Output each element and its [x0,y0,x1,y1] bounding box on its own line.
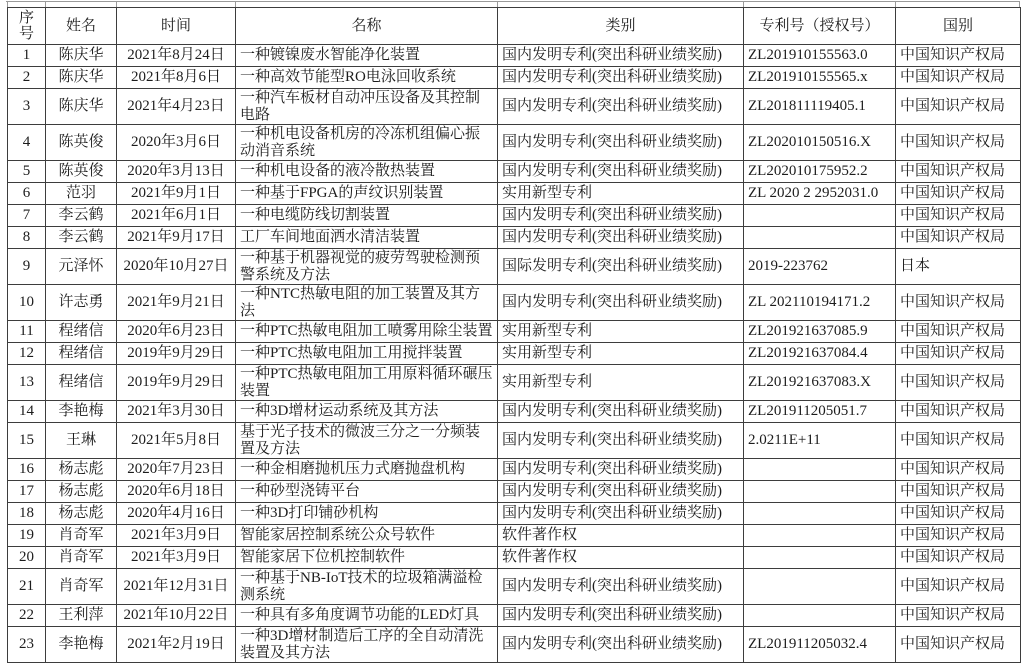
table-row: 2陈庆华2021年8月6日一种高效节能型RO电泳回收系统国内发明专利(突出科研业… [8,67,1021,89]
cell-title: 一种3D增材运动系统及其方法 [236,401,498,423]
cell-date: 2019年9月29日 [117,365,236,401]
cell-patent-number: ZL201911205032.4 [744,627,896,663]
cell-category: 国内发明专利(突出科研业绩奖励) [498,227,744,249]
cell-name: 陈庆华 [46,45,117,67]
cell-patent-number: ZL201910155563.0 [744,45,896,67]
cell-patent-number [744,569,896,605]
table-row: 19肖奇军2021年3月9日智能家居控制系统公众号软件软件著作权中国知识产权局 [8,525,1021,547]
cell-country: 日本 [896,249,1021,285]
cell-serial: 23 [8,627,46,663]
cell-country: 中国知识产权局 [896,503,1021,525]
table-row: 1陈庆华2021年8月24日一种镀镍废水智能净化装置国内发明专利(突出科研业绩奖… [8,45,1021,67]
cell-category: 国内发明专利(突出科研业绩奖励) [498,605,744,627]
cell-date: 2021年12月31日 [117,569,236,605]
table-row: 8李云鹤2021年9月17日工厂车间地面洒水清洁装置国内发明专利(突出科研业绩奖… [8,227,1021,249]
cell-patent-number: ZL202010150516.X [744,125,896,161]
cell-category: 国内发明专利(突出科研业绩奖励) [498,285,744,321]
cell-serial: 9 [8,249,46,285]
cell-patent-number: ZL201921637084.4 [744,343,896,365]
cell-category: 国内发明专利(突出科研业绩奖励) [498,401,744,423]
cell-country: 中国知识产权局 [896,525,1021,547]
cell-serial: 13 [8,365,46,401]
header-name: 姓名 [46,8,117,45]
cell-date: 2021年3月9日 [117,525,236,547]
table-row: 17杨志彪2020年6月18日一种砂型浇铸平台国内发明专利(突出科研业绩奖励)中… [8,481,1021,503]
cell-patent-number: ZL201921637085.9 [744,321,896,343]
cell-patent-number: ZL201910155565.x [744,67,896,89]
cell-patent-number [744,547,896,569]
cell-name: 许志勇 [46,285,117,321]
table-row: 18杨志彪2020年4月16日一种3D打印铺砂机构国内发明专利(突出科研业绩奖励… [8,503,1021,525]
cell-serial: 15 [8,423,46,459]
cell-country: 中国知识产权局 [896,161,1021,183]
cell-country: 中国知识产权局 [896,67,1021,89]
cell-title: 一种机电设备的液冷散热装置 [236,161,498,183]
cell-serial: 7 [8,205,46,227]
cell-country: 中国知识产权局 [896,227,1021,249]
cell-category: 国内发明专利(突出科研业绩奖励) [498,89,744,125]
cell-patent-number [744,205,896,227]
cell-serial: 6 [8,183,46,205]
table-row: 6范羽2021年9月1日一种基于FPGA的声纹识别装置实用新型专利ZL 2020… [8,183,1021,205]
table-row: 15王琳2021年5月8日基于光子技术的微波三分之一分频装置及方法国内发明专利(… [8,423,1021,459]
cell-serial: 21 [8,569,46,605]
cell-serial: 17 [8,481,46,503]
cell-name: 程绪信 [46,321,117,343]
patent-table: 序号 姓名 时间 名称 类别 专利号（授权号） 国别 1陈庆华2021年8月24… [7,7,1021,663]
cell-date: 2020年7月23日 [117,459,236,481]
cell-country: 中国知识产权局 [896,605,1021,627]
cell-title: 一种电缆防线切割装置 [236,205,498,227]
cell-patent-number [744,459,896,481]
header-title: 名称 [236,8,498,45]
cell-name: 杨志彪 [46,459,117,481]
cell-category: 国内发明专利(突出科研业绩奖励) [498,161,744,183]
cell-serial: 3 [8,89,46,125]
cell-name: 肖奇军 [46,569,117,605]
table-row: 11程绪信2020年6月23日一种PTC热敏电阻加工喷雾用除尘装置实用新型专利Z… [8,321,1021,343]
cell-country: 中国知识产权局 [896,285,1021,321]
cell-date: 2020年3月6日 [117,125,236,161]
cell-serial: 19 [8,525,46,547]
patent-table-body: 1陈庆华2021年8月24日一种镀镍废水智能净化装置国内发明专利(突出科研业绩奖… [8,45,1021,663]
cell-country: 中国知识产权局 [896,45,1021,67]
cell-name: 陈庆华 [46,89,117,125]
cell-patent-number [744,525,896,547]
table-row: 5陈英俊2020年3月13日一种机电设备的液冷散热装置国内发明专利(突出科研业绩… [8,161,1021,183]
table-row: 16杨志彪2020年7月23日一种金相磨抛机压力式磨抛盘机构国内发明专利(突出科… [8,459,1021,481]
cell-country: 中国知识产权局 [896,321,1021,343]
cell-name: 范羽 [46,183,117,205]
cell-serial: 4 [8,125,46,161]
cell-country: 中国知识产权局 [896,205,1021,227]
cell-serial: 5 [8,161,46,183]
cell-category: 实用新型专利 [498,183,744,205]
cell-date: 2020年3月13日 [117,161,236,183]
cell-name: 程绪信 [46,343,117,365]
table-row: 22王利萍2021年10月22日一种具有多角度调节功能的LED灯具国内发明专利(… [8,605,1021,627]
cell-country: 中国知识产权局 [896,343,1021,365]
table-row: 7李云鹤2021年6月1日一种电缆防线切割装置国内发明专利(突出科研业绩奖励)中… [8,205,1021,227]
cell-serial: 10 [8,285,46,321]
cell-name: 元泽怀 [46,249,117,285]
cell-date: 2021年8月24日 [117,45,236,67]
cell-name: 王琳 [46,423,117,459]
cell-category: 实用新型专利 [498,365,744,401]
cell-serial: 8 [8,227,46,249]
cell-category: 国内发明专利(突出科研业绩奖励) [498,67,744,89]
cell-serial: 12 [8,343,46,365]
cell-serial: 16 [8,459,46,481]
cropped-row-remnant-line [6,1,1020,2]
cell-title: 一种PTC热敏电阻加工用搅拌装置 [236,343,498,365]
cell-title: 智能家居控制系统公众号软件 [236,525,498,547]
cell-country: 中国知识产权局 [896,89,1021,125]
cell-title: 工厂车间地面洒水清洁装置 [236,227,498,249]
cell-category: 国内发明专利(突出科研业绩奖励) [498,569,744,605]
cell-country: 中国知识产权局 [896,125,1021,161]
cell-category: 国内发明专利(突出科研业绩奖励) [498,125,744,161]
cell-title: 一种镀镍废水智能净化装置 [236,45,498,67]
cell-patent-number: ZL202010175952.2 [744,161,896,183]
cell-name: 李云鹤 [46,205,117,227]
cell-title: 一种NTC热敏电阻的加工装置及其方法 [236,285,498,321]
cell-date: 2020年6月23日 [117,321,236,343]
table-row: 14李艳梅2021年3月30日一种3D增材运动系统及其方法国内发明专利(突出科研… [8,401,1021,423]
cell-date: 2019年9月29日 [117,343,236,365]
cell-patent-number: ZL201811119405.1 [744,89,896,125]
cell-title: 一种基于机器视觉的疲劳驾驶检测预警系统及方法 [236,249,498,285]
header-serial: 序号 [8,8,46,45]
table-row: 13程绪信2019年9月29日一种PTC热敏电阻加工用原料循环碾压装置实用新型专… [8,365,1021,401]
cell-category: 软件著作权 [498,525,744,547]
header-patent-number: 专利号（授权号） [744,8,896,45]
header-row: 序号 姓名 时间 名称 类别 专利号（授权号） 国别 [8,8,1021,45]
cell-date: 2021年10月22日 [117,605,236,627]
cell-name: 陈庆华 [46,67,117,89]
cell-title: 一种基于NB-IoT技术的垃圾箱满溢检测系统 [236,569,498,605]
cell-date: 2020年10月27日 [117,249,236,285]
cell-category: 实用新型专利 [498,321,744,343]
cell-category: 国内发明专利(突出科研业绩奖励) [498,627,744,663]
cell-title: 一种具有多角度调节功能的LED灯具 [236,605,498,627]
table-row: 10许志勇2021年9月21日一种NTC热敏电阻的加工装置及其方法国内发明专利(… [8,285,1021,321]
cell-serial: 11 [8,321,46,343]
cell-serial: 1 [8,45,46,67]
cell-name: 杨志彪 [46,481,117,503]
cell-country: 中国知识产权局 [896,547,1021,569]
table-row: 9元泽怀2020年10月27日一种基于机器视觉的疲劳驾驶检测预警系统及方法国际发… [8,249,1021,285]
cell-serial: 14 [8,401,46,423]
cell-serial: 18 [8,503,46,525]
cell-category: 实用新型专利 [498,343,744,365]
cell-category: 软件著作权 [498,547,744,569]
table-row: 21肖奇军2021年12月31日一种基于NB-IoT技术的垃圾箱满溢检测系统国内… [8,569,1021,605]
cell-name: 李云鹤 [46,227,117,249]
cell-serial: 22 [8,605,46,627]
cell-patent-number [744,227,896,249]
cell-name: 王利萍 [46,605,117,627]
cell-patent-number [744,503,896,525]
table-row: 20肖奇军2021年3月9日智能家居下位机控制软件软件著作权中国知识产权局 [8,547,1021,569]
cell-country: 中国知识产权局 [896,569,1021,605]
cell-date: 2020年6月18日 [117,481,236,503]
cell-name: 李艳梅 [46,627,117,663]
header-country: 国别 [896,8,1021,45]
patent-table-header: 序号 姓名 时间 名称 类别 专利号（授权号） 国别 [8,8,1021,45]
cell-category: 国际发明专利(突出科研业绩奖励) [498,249,744,285]
header-category: 类别 [498,8,744,45]
cell-title: 一种3D打印铺砂机构 [236,503,498,525]
cell-serial: 20 [8,547,46,569]
cell-patent-number [744,481,896,503]
cell-date: 2021年5月8日 [117,423,236,459]
cell-patent-number [744,605,896,627]
cell-title: 一种高效节能型RO电泳回收系统 [236,67,498,89]
cell-patent-number: ZL201921637083.X [744,365,896,401]
cell-country: 中国知识产权局 [896,183,1021,205]
document-sheet: 序号 姓名 时间 名称 类别 专利号（授权号） 国别 1陈庆华2021年8月24… [0,0,1024,666]
cell-category: 国内发明专利(突出科研业绩奖励) [498,45,744,67]
cell-category: 国内发明专利(突出科研业绩奖励) [498,503,744,525]
cell-title: 智能家居下位机控制软件 [236,547,498,569]
cell-date: 2021年9月17日 [117,227,236,249]
cell-date: 2021年8月6日 [117,67,236,89]
cell-title: 一种金相磨抛机压力式磨抛盘机构 [236,459,498,481]
cell-title: 一种PTC热敏电阻加工喷雾用除尘装置 [236,321,498,343]
cell-name: 陈英俊 [46,125,117,161]
cell-country: 中国知识产权局 [896,459,1021,481]
cell-name: 杨志彪 [46,503,117,525]
cell-category: 国内发明专利(突出科研业绩奖励) [498,481,744,503]
cell-category: 国内发明专利(突出科研业绩奖励) [498,205,744,227]
cell-date: 2021年2月19日 [117,627,236,663]
cell-title: 一种汽车板材自动冲压设备及其控制电路 [236,89,498,125]
cell-name: 肖奇军 [46,547,117,569]
header-date: 时间 [117,8,236,45]
cell-category: 国内发明专利(突出科研业绩奖励) [498,459,744,481]
cell-title: 一种机电设备机房的冷冻机组偏心振动消音系统 [236,125,498,161]
table-row: 3陈庆华2021年4月23日一种汽车板材自动冲压设备及其控制电路国内发明专利(突… [8,89,1021,125]
cell-patent-number: ZL 2020 2 2952031.0 [744,183,896,205]
cell-name: 程绪信 [46,365,117,401]
cell-title: 一种基于FPGA的声纹识别装置 [236,183,498,205]
cell-country: 中国知识产权局 [896,627,1021,663]
cell-country: 中国知识产权局 [896,401,1021,423]
cell-patent-number: 2.0211E+11 [744,423,896,459]
cell-date: 2021年9月21日 [117,285,236,321]
cell-title: 一种PTC热敏电阻加工用原料循环碾压装置 [236,365,498,401]
cell-date: 2021年4月23日 [117,89,236,125]
cell-country: 中国知识产权局 [896,481,1021,503]
cell-patent-number: ZL201911205051.7 [744,401,896,423]
cell-name: 李艳梅 [46,401,117,423]
cell-title: 基于光子技术的微波三分之一分频装置及方法 [236,423,498,459]
cell-date: 2021年9月1日 [117,183,236,205]
cell-name: 肖奇军 [46,525,117,547]
cell-category: 国内发明专利(突出科研业绩奖励) [498,423,744,459]
cell-date: 2021年3月30日 [117,401,236,423]
table-row: 4陈英俊2020年3月6日一种机电设备机房的冷冻机组偏心振动消音系统国内发明专利… [8,125,1021,161]
cell-title: 一种3D增材制造后工序的全自动清洗装置及其方法 [236,627,498,663]
table-row: 12程绪信2019年9月29日一种PTC热敏电阻加工用搅拌装置实用新型专利ZL2… [8,343,1021,365]
cell-patent-number: 2019-223762 [744,249,896,285]
table-row: 23李艳梅2021年2月19日一种3D增材制造后工序的全自动清洗装置及其方法国内… [8,627,1021,663]
cell-serial: 2 [8,67,46,89]
cell-country: 中国知识产权局 [896,423,1021,459]
cell-title: 一种砂型浇铸平台 [236,481,498,503]
cell-name: 陈英俊 [46,161,117,183]
cell-patent-number: ZL 202110194171.2 [744,285,896,321]
cell-country: 中国知识产权局 [896,365,1021,401]
cell-date: 2021年6月1日 [117,205,236,227]
cell-date: 2020年4月16日 [117,503,236,525]
cell-date: 2021年3月9日 [117,547,236,569]
